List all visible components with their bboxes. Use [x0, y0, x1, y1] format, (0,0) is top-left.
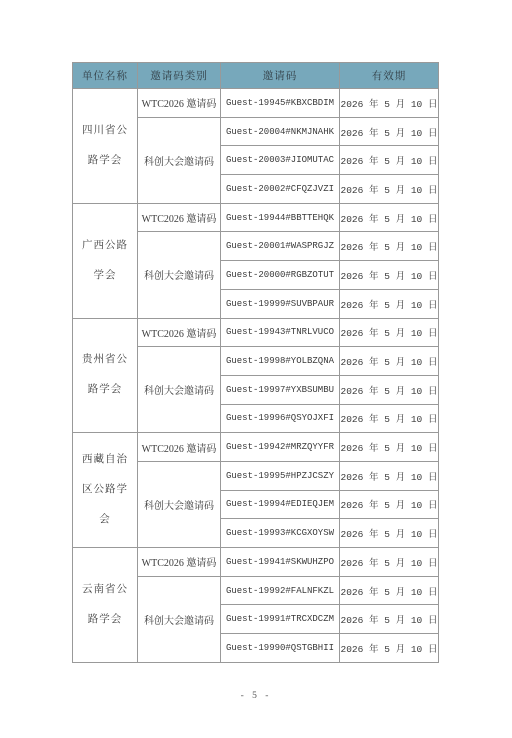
- validity-cell: 2026 年 5 月 10 日: [340, 519, 439, 548]
- invite-code-cell: Guest-19992#FALNFKZL: [221, 576, 340, 605]
- invite-code-cell: Guest-19996#QSYOJXFI: [221, 404, 340, 433]
- validity-cell: 2026 年 5 月 10 日: [340, 634, 439, 663]
- validity-cell: 2026 年 5 月 10 日: [340, 203, 439, 232]
- invite-code-cell: Guest-19998#YOLBZQNA: [221, 347, 340, 376]
- col-header-unit-name: 单位名称: [73, 63, 138, 89]
- table-row: 四川省公路学会WTC2026 邀请码Guest-19945#KBXCBDIM20…: [73, 89, 439, 118]
- invite-code-cell: Guest-19945#KBXCBDIM: [221, 89, 340, 118]
- table-row: 广西公路学会WTC2026 邀请码Guest-19944#BBTTEHQK202…: [73, 203, 439, 232]
- unit-name-cell: 云南省公路学会: [73, 548, 138, 663]
- invite-code-cell: Guest-19942#MRZQYYFR: [221, 433, 340, 462]
- validity-cell: 2026 年 5 月 10 日: [340, 375, 439, 404]
- category-cell: 科创大会邀请码: [138, 576, 221, 662]
- category-cell: 科创大会邀请码: [138, 347, 221, 433]
- validity-cell: 2026 年 5 月 10 日: [340, 146, 439, 175]
- invite-code-cell: Guest-19944#BBTTEHQK: [221, 203, 340, 232]
- table-row: 西藏自治区公路学会WTC2026 邀请码Guest-19942#MRZQYYFR…: [73, 433, 439, 462]
- invite-code-cell: Guest-20003#JIOMUTAC: [221, 146, 340, 175]
- invite-code-cell: Guest-20002#CFQZJVZI: [221, 175, 340, 204]
- col-header-validity: 有效期: [340, 63, 439, 89]
- validity-cell: 2026 年 5 月 10 日: [340, 261, 439, 290]
- validity-cell: 2026 年 5 月 10 日: [340, 89, 439, 118]
- validity-cell: 2026 年 5 月 10 日: [340, 576, 439, 605]
- invitation-codes-table: 单位名称 邀请码类别 邀请码 有效期 四川省公路学会WTC2026 邀请码Gue…: [72, 62, 439, 663]
- unit-name-cell: 广西公路学会: [73, 203, 138, 318]
- invite-code-cell: Guest-19993#KCGXOYSW: [221, 519, 340, 548]
- table-body: 四川省公路学会WTC2026 邀请码Guest-19945#KBXCBDIM20…: [73, 89, 439, 663]
- invite-code-cell: Guest-19990#QSTGBHII: [221, 634, 340, 663]
- validity-cell: 2026 年 5 月 10 日: [340, 433, 439, 462]
- unit-name-cell: 贵州省公路学会: [73, 318, 138, 433]
- validity-cell: 2026 年 5 月 10 日: [340, 347, 439, 376]
- validity-cell: 2026 年 5 月 10 日: [340, 175, 439, 204]
- page-number: - 5 -: [0, 691, 512, 701]
- validity-cell: 2026 年 5 月 10 日: [340, 289, 439, 318]
- unit-name-cell: 四川省公路学会: [73, 89, 138, 204]
- col-header-code-category: 邀请码类别: [138, 63, 221, 89]
- invite-code-cell: Guest-20001#WASPRGJZ: [221, 232, 340, 261]
- invite-code-cell: Guest-19999#SUVBPAUR: [221, 289, 340, 318]
- category-cell: WTC2026 邀请码: [138, 203, 221, 232]
- invite-code-cell: Guest-19994#EDIEQJEM: [221, 490, 340, 519]
- validity-cell: 2026 年 5 月 10 日: [340, 232, 439, 261]
- category-cell: WTC2026 邀请码: [138, 433, 221, 462]
- invite-code-cell: Guest-19997#YXBSUMBU: [221, 375, 340, 404]
- category-cell: 科创大会邀请码: [138, 117, 221, 203]
- table-header-row: 单位名称 邀请码类别 邀请码 有效期: [73, 63, 439, 89]
- validity-cell: 2026 年 5 月 10 日: [340, 461, 439, 490]
- category-cell: WTC2026 邀请码: [138, 548, 221, 577]
- table-header: 单位名称 邀请码类别 邀请码 有效期: [73, 63, 439, 89]
- validity-cell: 2026 年 5 月 10 日: [340, 318, 439, 347]
- invite-code-cell: Guest-20004#NKMJNAHK: [221, 117, 340, 146]
- invite-code-cell: Guest-19991#TRCXDCZM: [221, 605, 340, 634]
- unit-name-cell: 西藏自治区公路学会: [73, 433, 138, 548]
- validity-cell: 2026 年 5 月 10 日: [340, 548, 439, 577]
- category-cell: WTC2026 邀请码: [138, 318, 221, 347]
- col-header-invite-code: 邀请码: [221, 63, 340, 89]
- category-cell: 科创大会邀请码: [138, 232, 221, 318]
- validity-cell: 2026 年 5 月 10 日: [340, 117, 439, 146]
- validity-cell: 2026 年 5 月 10 日: [340, 490, 439, 519]
- invite-code-cell: Guest-19943#TNRLVUCO: [221, 318, 340, 347]
- validity-cell: 2026 年 5 月 10 日: [340, 605, 439, 634]
- invite-code-cell: Guest-19941#SKWUHZPO: [221, 548, 340, 577]
- invite-code-cell: Guest-20000#RGBZOTUT: [221, 261, 340, 290]
- validity-cell: 2026 年 5 月 10 日: [340, 404, 439, 433]
- table-row: 贵州省公路学会WTC2026 邀请码Guest-19943#TNRLVUCO20…: [73, 318, 439, 347]
- table-row: 云南省公路学会WTC2026 邀请码Guest-19941#SKWUHZPO20…: [73, 548, 439, 577]
- category-cell: WTC2026 邀请码: [138, 89, 221, 118]
- invite-code-cell: Guest-19995#HPZJCSZY: [221, 461, 340, 490]
- document-page: 单位名称 邀请码类别 邀请码 有效期 四川省公路学会WTC2026 邀请码Gue…: [0, 0, 512, 738]
- category-cell: 科创大会邀请码: [138, 461, 221, 547]
